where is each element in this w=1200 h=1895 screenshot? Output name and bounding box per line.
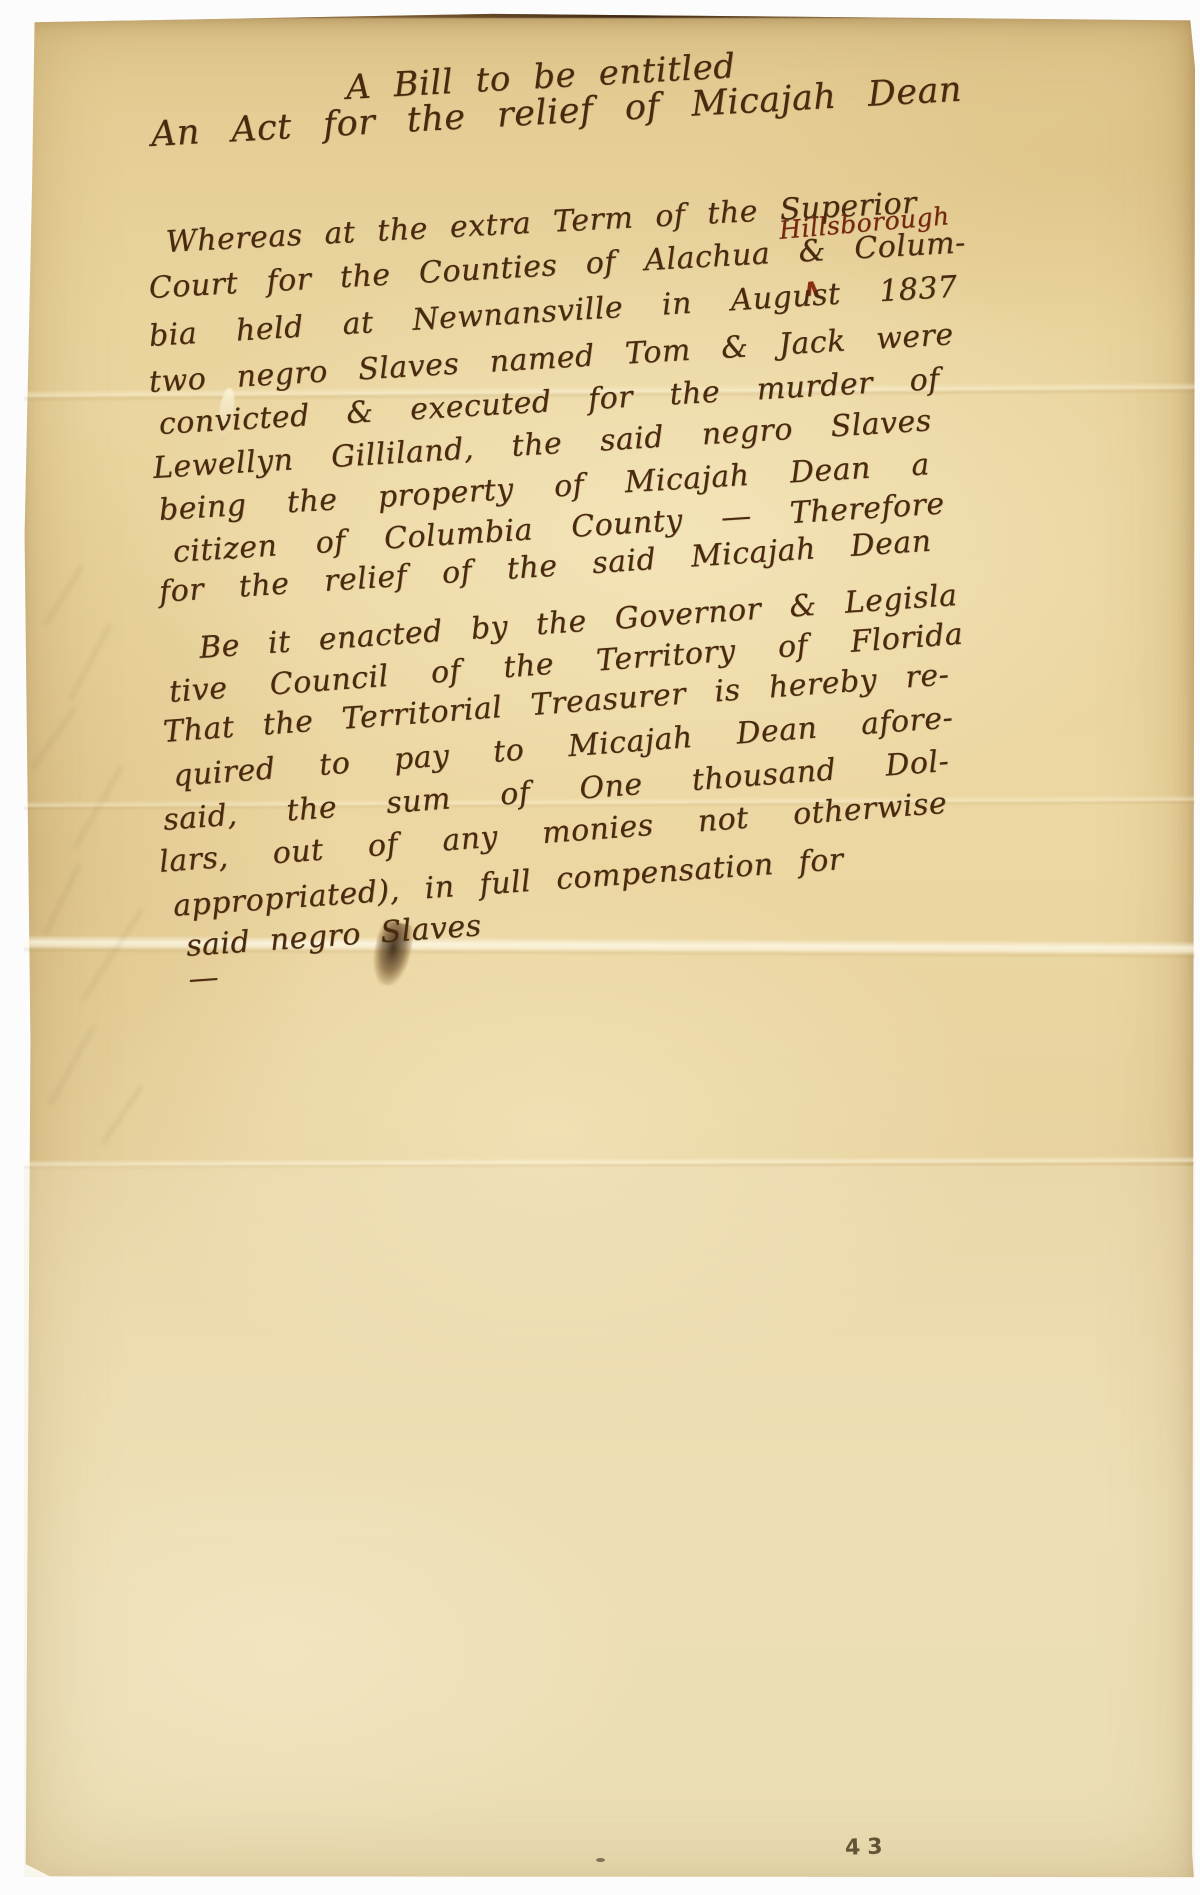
manuscript-text: A Bill to be entitled An Act for the rel… bbox=[0, 0, 1200, 1895]
enacting-line-8: said negro Slaves — bbox=[185, 909, 485, 995]
document-scan: A Bill to be entitled An Act for the rel… bbox=[0, 0, 1200, 1895]
page-number: 43 bbox=[845, 1834, 890, 1861]
